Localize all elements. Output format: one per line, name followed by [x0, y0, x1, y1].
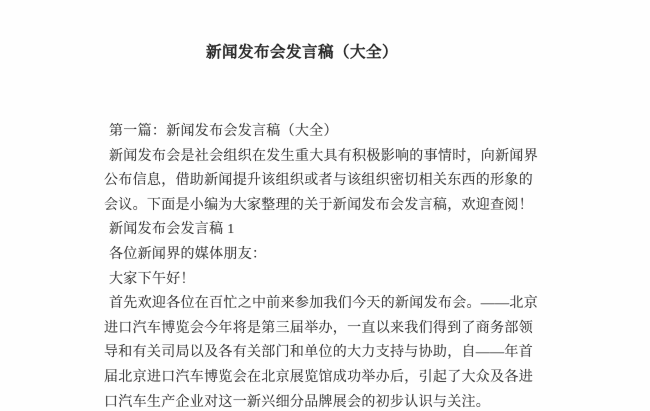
paragraph-line: 首先欢迎各位在百忙之中前来参加我们今天的新闻发布会。——北京	[104, 292, 564, 317]
paragraph-line: 公布信息，借助新闻提升该组织或者与该组织密切相关东西的形象的	[104, 169, 564, 194]
salutation-line: 各位新闻界的媒体朋友：	[104, 243, 564, 268]
paragraph-line: 会议。下面是小编为大家整理的关于新闻发布会发言稿，欢迎查阅！	[104, 194, 564, 219]
section-heading: 第一篇：新闻发布会发言稿（大全）	[104, 120, 564, 145]
paragraph-line: 进口汽车博览会今年将是第三届举办，一直以来我们得到了商务部领	[104, 317, 564, 342]
paragraph-line: 届北京进口汽车博览会在北京展览馆成功举办后，引起了大众及各进	[104, 366, 564, 391]
document-page: 新闻发布会发言稿（大全） 第一篇：新闻发布会发言稿（大全） 新闻发布会是社会组织…	[0, 0, 650, 411]
paragraph-line: 新闻发布会是社会组织在发生重大具有积极影响的事情时，向新闻界	[104, 145, 564, 170]
paragraph-line: 导和有关司局以及各有关部门和单位的大力支持与协助，自——年首	[104, 341, 564, 366]
document-body: 第一篇：新闻发布会发言稿（大全） 新闻发布会是社会组织在发生重大具有积极影响的事…	[104, 120, 564, 411]
subsection-heading: 新闻发布会发言稿 1	[104, 218, 564, 243]
paragraph-line: 口汽车生产企业对这一新兴细分品牌展会的初步认识与关注。	[104, 391, 564, 411]
document-title: 新闻发布会发言稿（大全）	[0, 40, 604, 62]
greeting-line: 大家下午好！	[104, 268, 564, 293]
